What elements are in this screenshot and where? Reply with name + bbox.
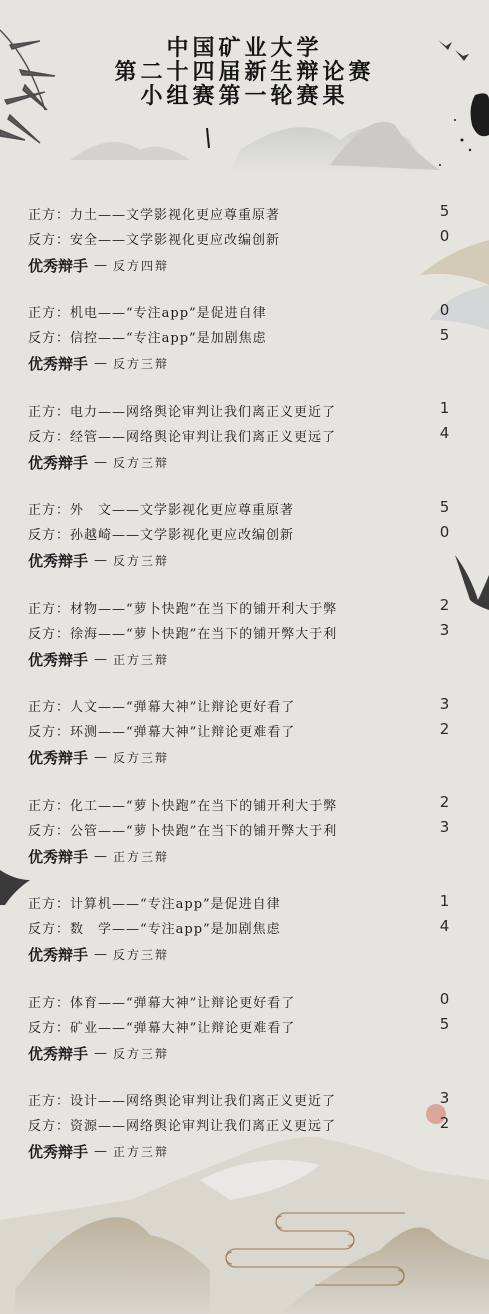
- affirmative-row: 正方：电力——网络舆论审判让我们离正义更近了1: [28, 399, 458, 421]
- best-debater-title: 优秀辩手: [28, 747, 88, 768]
- match-result: 正方：机电——“专注app”是促进自律0 反方：信控——“专注app”是加剧焦虑…: [0, 301, 489, 400]
- negative-score: 2: [438, 1114, 452, 1132]
- affirmative-score: 0: [438, 990, 452, 1008]
- negative-score: 2: [438, 720, 452, 738]
- negative-team-topic: 反方：安全——文学影视化更应改编创新: [28, 229, 280, 248]
- match-results-list: 正方：力土——文学影视化更应尊重原著5 反方：安全——文学影视化更应改编创新0 …: [0, 202, 489, 1187]
- best-debater-position: 正方三辩: [113, 651, 169, 668]
- negative-row: 反方：数 学——“专注app”是加剧焦虑4: [28, 917, 458, 939]
- affirmative-score: 5: [438, 498, 452, 516]
- affirmative-score: 3: [438, 1089, 452, 1107]
- affirmative-score: 1: [438, 892, 452, 910]
- best-debater-title: 优秀辩手: [28, 944, 88, 965]
- negative-row: 反方：徐海——“萝卜快跑”在当下的铺开弊大于利3: [28, 621, 458, 643]
- best-debater-title: 优秀辩手: [28, 452, 88, 473]
- affirmative-row: 正方：体育——“弹幕大神”让辩论更好看了0: [28, 990, 458, 1012]
- negative-score: 5: [438, 326, 452, 344]
- best-debater-title: 优秀辩手: [28, 1043, 88, 1064]
- negative-score: 5: [438, 1015, 452, 1033]
- best-debater: 优秀辩手—正方三辩: [28, 648, 169, 670]
- negative-row: 反方：资源——网络舆论审判让我们离正义更远了2: [28, 1114, 458, 1136]
- best-debater: 优秀辩手—反方三辩: [28, 451, 169, 473]
- separator: —: [94, 1046, 107, 1061]
- affirmative-row: 正方：外 文——文学影视化更应尊重原著5: [28, 498, 458, 520]
- best-debater: 优秀辩手—正方三辩: [28, 1141, 169, 1163]
- best-debater-title: 优秀辩手: [28, 353, 88, 374]
- best-debater-position: 反方三辩: [113, 355, 169, 372]
- top-mountains: [70, 142, 190, 160]
- separator: —: [94, 1144, 107, 1159]
- affirmative-score: 2: [438, 596, 452, 614]
- affirmative-team-topic: 正方：电力——网络舆论审判让我们离正义更近了: [28, 401, 336, 420]
- separator: —: [94, 553, 107, 568]
- match-result: 正方：力土——文学影视化更应尊重原著5 反方：安全——文学影视化更应改编创新0 …: [0, 202, 489, 301]
- affirmative-score: 0: [438, 301, 452, 319]
- separator: —: [94, 455, 107, 470]
- affirmative-team-topic: 正方：机电——“专注app”是促进自律: [28, 302, 267, 321]
- match-result: 正方：材物——“萝卜快跑”在当下的铺开利大于弊2 反方：徐海——“萝卜快跑”在当…: [0, 596, 489, 695]
- best-debater: 优秀辩手—反方三辩: [28, 550, 169, 572]
- best-debater-title: 优秀辩手: [28, 1141, 88, 1162]
- negative-row: 反方：信控——“专注app”是加剧焦虑5: [28, 326, 458, 348]
- best-debater-position: 反方三辩: [113, 1045, 169, 1062]
- best-debater-position: 正方三辩: [113, 1143, 169, 1160]
- best-debater-title: 优秀辩手: [28, 649, 88, 670]
- affirmative-team-topic: 正方：化工——“萝卜快跑”在当下的铺开利大于弊: [28, 795, 337, 814]
- round-title: 小组赛第一轮赛果: [0, 84, 489, 108]
- best-debater: 优秀辩手—正方三辩: [28, 845, 169, 867]
- best-debater-position: 反方三辩: [113, 946, 169, 963]
- best-debater: 优秀辩手—反方四辩: [28, 254, 169, 276]
- page-header: 中国矿业大学 第二十四届新生辩论赛 小组赛第一轮赛果: [0, 36, 489, 108]
- best-debater-position: 反方四辩: [113, 257, 169, 274]
- affirmative-row: 正方：材物——“萝卜快跑”在当下的铺开利大于弊2: [28, 596, 458, 618]
- match-result: 正方：电力——网络舆论审判让我们离正义更近了1 反方：经管——网络舆论审判让我们…: [0, 399, 489, 498]
- separator: —: [94, 750, 107, 765]
- affirmative-team-topic: 正方：体育——“弹幕大神”让辩论更好看了: [28, 992, 295, 1011]
- event-title: 第二十四届新生辩论赛: [0, 60, 489, 84]
- affirmative-team-topic: 正方：外 文——文学影视化更应尊重原著: [28, 499, 294, 518]
- affirmative-row: 正方：机电——“专注app”是促进自律0: [28, 301, 458, 323]
- best-debater: 优秀辩手—反方三辩: [28, 747, 169, 769]
- negative-score: 4: [438, 424, 452, 442]
- best-debater: 优秀辩手—反方三辩: [28, 353, 169, 375]
- negative-team-topic: 反方：徐海——“萝卜快跑”在当下的铺开弊大于利: [28, 623, 337, 642]
- negative-team-topic: 反方：矿业——“弹幕大神”让辩论更难看了: [28, 1017, 295, 1036]
- negative-team-topic: 反方：数 学——“专注app”是加剧焦虑: [28, 918, 281, 937]
- best-debater-position: 反方三辩: [113, 454, 169, 471]
- affirmative-row: 正方：化工——“萝卜快跑”在当下的铺开利大于弊2: [28, 793, 458, 815]
- match-result: 正方：外 文——文学影视化更应尊重原著5 反方：孙越崎——文学影视化更应改编创新…: [0, 498, 489, 597]
- negative-team-topic: 反方：资源——网络舆论审判让我们离正义更远了: [28, 1115, 336, 1134]
- affirmative-score: 3: [438, 695, 452, 713]
- affirmative-score: 5: [438, 202, 452, 220]
- negative-row: 反方：孙越崎——文学影视化更应改编创新0: [28, 523, 458, 545]
- affirmative-team-topic: 正方：人文——“弹幕大神”让辩论更好看了: [28, 696, 295, 715]
- negative-row: 反方：公管——“萝卜快跑”在当下的铺开弊大于利3: [28, 818, 458, 840]
- affirmative-row: 正方：力土——文学影视化更应尊重原著5: [28, 202, 458, 224]
- negative-team-topic: 反方：公管——“萝卜快跑”在当下的铺开弊大于利: [28, 820, 337, 839]
- negative-team-topic: 反方：信控——“专注app”是加剧焦虑: [28, 327, 267, 346]
- negative-row: 反方：矿业——“弹幕大神”让辩论更难看了5: [28, 1015, 458, 1037]
- best-debater-position: 反方三辩: [113, 552, 169, 569]
- match-result: 正方：体育——“弹幕大神”让辩论更好看了0 反方：矿业——“弹幕大神”让辩论更难…: [0, 990, 489, 1089]
- best-debater: 优秀辩手—反方三辩: [28, 944, 169, 966]
- match-result: 正方：设计——网络舆论审判让我们离正义更近了3 反方：资源——网络舆论审判让我们…: [0, 1089, 489, 1188]
- negative-row: 反方：环测——“弹幕大神”让辩论更难看了2: [28, 720, 458, 742]
- negative-row: 反方：经管——网络舆论审判让我们离正义更远了4: [28, 424, 458, 446]
- affirmative-team-topic: 正方：力土——文学影视化更应尊重原著: [28, 204, 280, 223]
- best-debater-title: 优秀辩手: [28, 550, 88, 571]
- match-result: 正方：化工——“萝卜快跑”在当下的铺开利大于弊2 反方：公管——“萝卜快跑”在当…: [0, 793, 489, 892]
- negative-score: 4: [438, 917, 452, 935]
- best-debater: 优秀辩手—反方三辩: [28, 1042, 169, 1064]
- best-debater-position: 正方三辩: [113, 848, 169, 865]
- match-result: 正方：人文——“弹幕大神”让辩论更好看了3 反方：环测——“弹幕大神”让辩论更难…: [0, 695, 489, 794]
- negative-score: 0: [438, 523, 452, 541]
- affirmative-row: 正方：设计——网络舆论审判让我们离正义更近了3: [28, 1089, 458, 1111]
- affirmative-row: 正方：计算机——“专注app”是促进自律1: [28, 892, 458, 914]
- separator: —: [94, 947, 107, 962]
- best-debater-title: 优秀辩手: [28, 846, 88, 867]
- negative-score: 0: [438, 227, 452, 245]
- negative-row: 反方：安全——文学影视化更应改编创新0: [28, 227, 458, 249]
- negative-score: 3: [438, 621, 452, 639]
- separator: —: [94, 652, 107, 667]
- affirmative-row: 正方：人文——“弹幕大神”让辩论更好看了3: [28, 695, 458, 717]
- negative-team-topic: 反方：环测——“弹幕大神”让辩论更难看了: [28, 721, 295, 740]
- negative-team-topic: 反方：孙越崎——文学影视化更应改编创新: [28, 524, 294, 543]
- affirmative-score: 2: [438, 793, 452, 811]
- separator: —: [94, 356, 107, 371]
- best-debater-position: 反方三辩: [113, 749, 169, 766]
- match-result: 正方：计算机——“专注app”是促进自律1 反方：数 学——“专注app”是加剧…: [0, 892, 489, 991]
- negative-team-topic: 反方：经管——网络舆论审判让我们离正义更远了: [28, 426, 336, 445]
- affirmative-score: 1: [438, 399, 452, 417]
- university-name: 中国矿业大学: [0, 36, 489, 60]
- negative-score: 3: [438, 818, 452, 836]
- affirmative-team-topic: 正方：材物——“萝卜快跑”在当下的铺开利大于弊: [28, 598, 337, 617]
- affirmative-team-topic: 正方：计算机——“专注app”是促进自律: [28, 893, 281, 912]
- affirmative-team-topic: 正方：设计——网络舆论审判让我们离正义更近了: [28, 1090, 336, 1109]
- separator: —: [94, 258, 107, 273]
- best-debater-title: 优秀辩手: [28, 255, 88, 276]
- separator: —: [94, 849, 107, 864]
